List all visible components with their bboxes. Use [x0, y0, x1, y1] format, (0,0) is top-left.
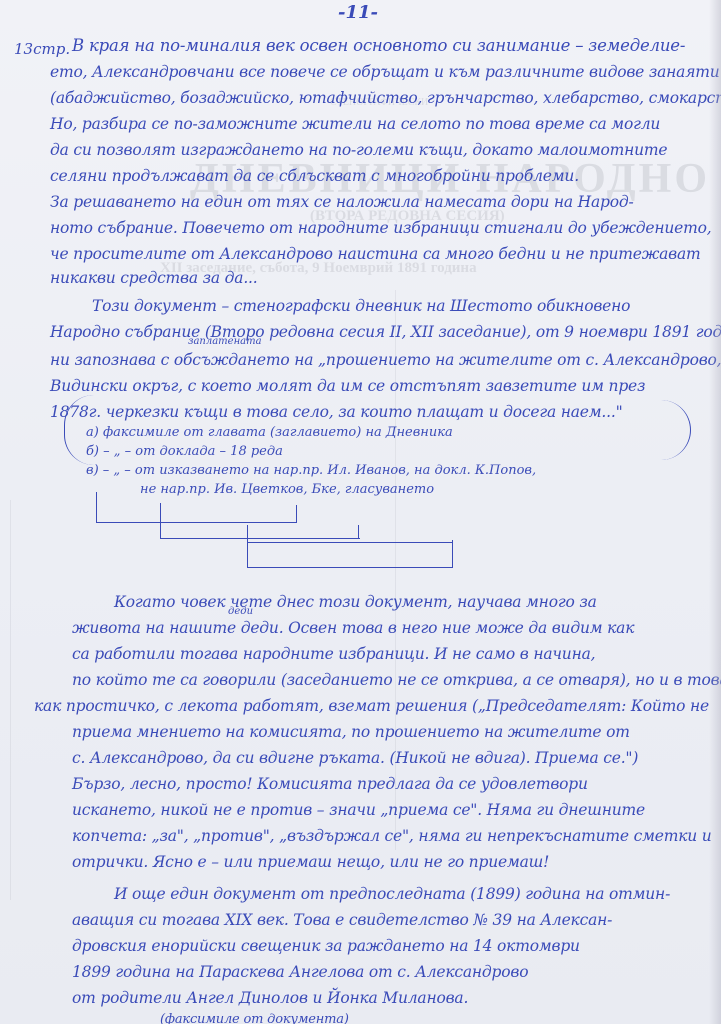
p3-line-8: Бързо, лесно, просто! Комисията предлага… — [72, 772, 588, 796]
sketch-line — [358, 525, 359, 539]
p1-line-9: че просителите от Александрово наистина … — [50, 242, 701, 266]
p2-line-2: Народно събрание (Второ редовна сесия II… — [50, 320, 721, 344]
facsimile-item-b: б) – „ – от доклада – 18 реда — [86, 444, 283, 459]
right-bracket — [660, 400, 691, 460]
facsimile-item-a: а) факсимиле от главата (заглавието) на … — [86, 425, 453, 440]
facsimile-item-c: в) – „ – от изказването на нар.пр. Ил. И… — [86, 463, 536, 478]
facsimile-caption: (факсимиле от документа) — [160, 1008, 349, 1024]
sketch-line — [96, 522, 296, 523]
p3-line-2: живота на нашите деди. Освен това в него… — [72, 616, 634, 640]
sketch-line — [160, 503, 161, 538]
p3-line-6: приема мнението на комисията, по прошени… — [72, 720, 630, 744]
p3-line-4: по който те са говорили (заседанието не … — [72, 668, 721, 692]
p2-line-3: ни запознава с обсъждането на „прошениет… — [50, 348, 721, 372]
p3-line-5: как простичко, с лекота работят, вземат … — [34, 694, 709, 718]
sketch-line — [296, 505, 297, 523]
p3-line-1: Когато човек чете днес този документ, на… — [114, 590, 597, 614]
sketch-line — [247, 567, 452, 568]
sketch-line — [452, 540, 453, 568]
sketch-line — [160, 538, 360, 539]
p2-line-5: 1878г. черкезки къщи в това село, за кои… — [50, 400, 623, 424]
p1-line-10: никакви средства за да... — [50, 266, 258, 290]
p4-line-2: аващия си тогава XIX век. Това е свидете… — [72, 908, 612, 932]
p3-line-10: копчета: „за", „против", „въздържал се",… — [72, 824, 712, 848]
insert-note: заплатената — [188, 336, 262, 347]
p1-line-1: В края на по-миналия век освен основното… — [72, 34, 685, 58]
page-number: -11- — [338, 2, 378, 23]
manuscript-page: СТЕНОГРАФИЧЕСКИ ДНЕВНИЦИ НАРОДНО СЪБРАНИ… — [0, 0, 721, 1024]
p4-line-5: от родители Ангел Динолов и Йонка Милано… — [72, 986, 468, 1010]
p3-line-9: искането, никой не е против – значи „при… — [72, 798, 645, 822]
p3-line-7: с. Александрово, да си вдигне ръката. (Н… — [72, 746, 638, 770]
p1-line-7: За решаването на един от тях се наложила… — [50, 190, 634, 214]
p1-line-4: Но, разбира се по-заможните жители на се… — [50, 112, 660, 136]
p3-line-11: отрички. Ясно е – или приемаш нещо, или … — [72, 850, 549, 874]
p4-line-3: дровския енорийски свещеник за раждането… — [72, 934, 580, 958]
p3-line-3: са работили тогава народните избраници. … — [72, 642, 595, 666]
p2-line-1: Този документ – стенографски дневник на … — [92, 294, 630, 318]
p1-line-5: да си позволят изграждането на по-големи… — [50, 138, 667, 162]
p2-line-4: Видински окръг, с което молят да им се о… — [50, 374, 645, 398]
paper-edge-shadow — [709, 0, 721, 1024]
sketch-line — [96, 492, 97, 522]
sketch-line — [247, 542, 452, 543]
p1-line-3: (абаджийство, бозаджийско, ютафчийство, … — [50, 86, 721, 110]
p4-line-4: 1899 година на Параскева Ангелова от с. … — [72, 960, 528, 984]
p1-line-8: ното събрание. Повечето от народните изб… — [50, 216, 712, 240]
p4-line-1: И още един документ от предпоследната (1… — [114, 882, 670, 906]
p1-line-2: ето, Александровчани все повече се обръщ… — [50, 60, 720, 84]
sketch-line — [247, 525, 248, 567]
p1-line-6: селяни продължават да се сблъскват с мно… — [50, 164, 579, 188]
margin-page-reference: 13стр. — [14, 40, 70, 58]
facsimile-item-c-cont: не нар.пр. Ив. Цветков, Бке, гласуването — [140, 482, 434, 497]
ghost-column-divider-left — [10, 500, 11, 900]
